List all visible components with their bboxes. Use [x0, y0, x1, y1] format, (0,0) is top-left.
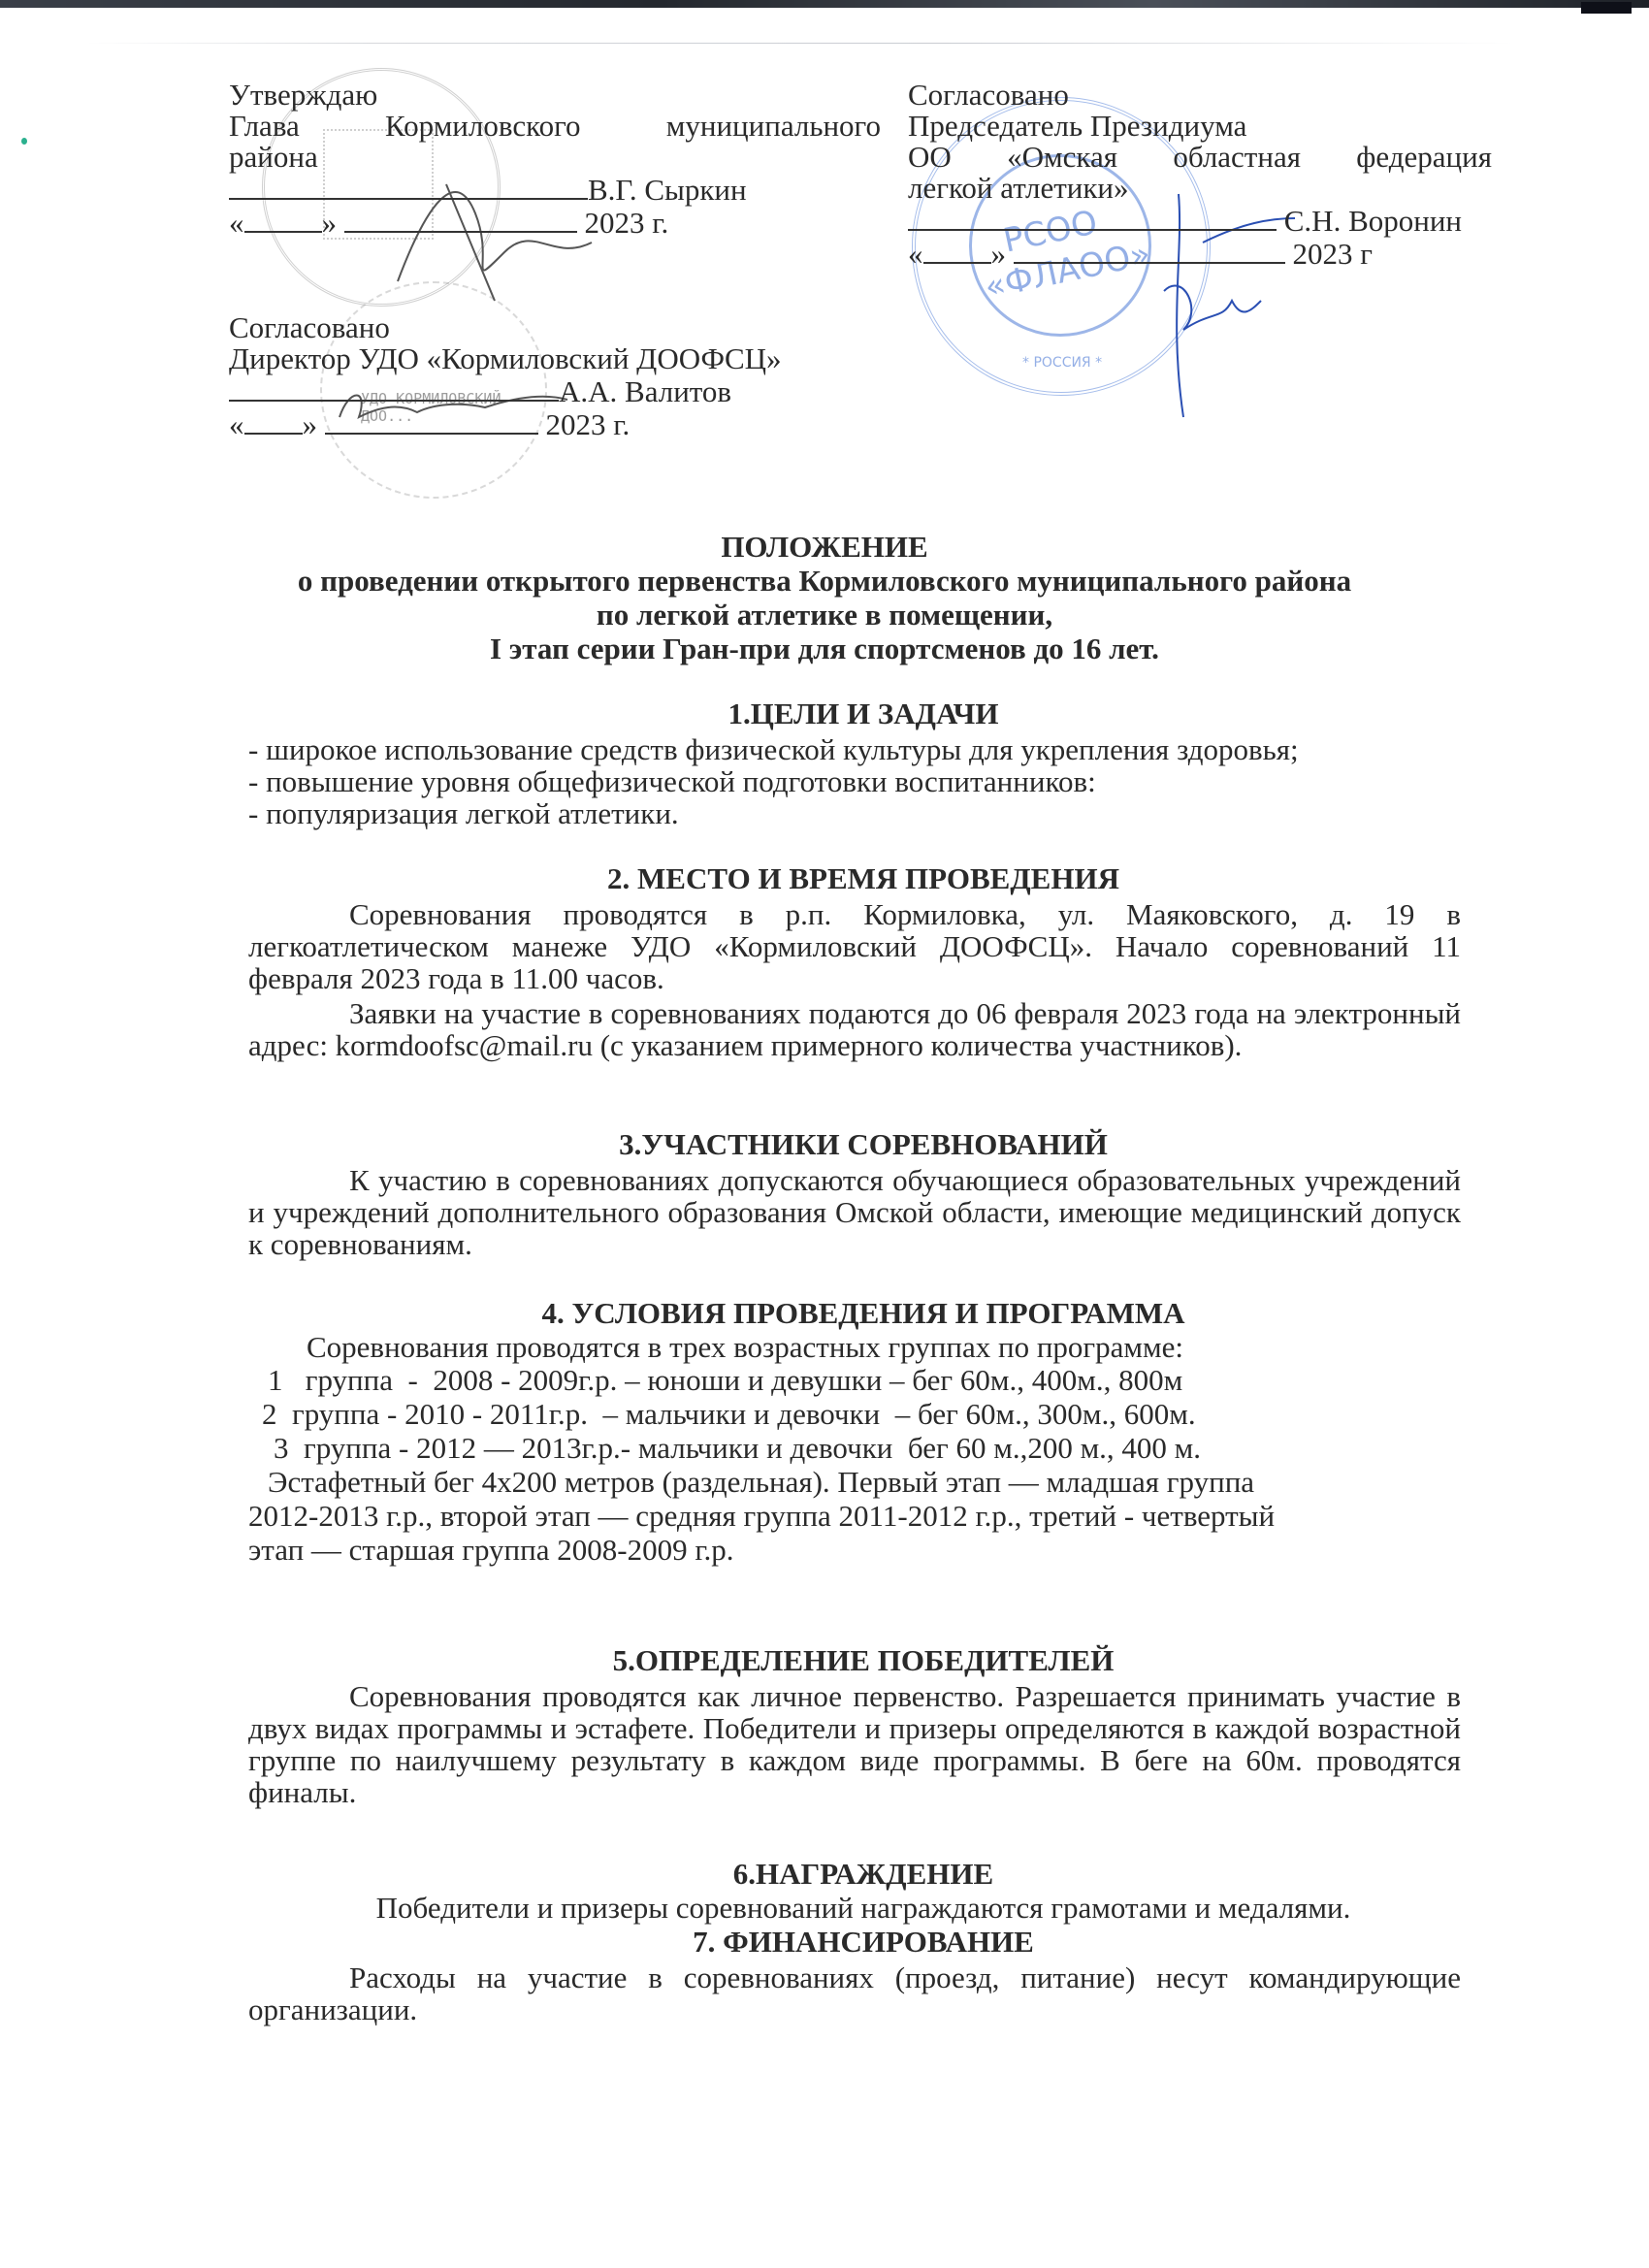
month-field: [325, 407, 538, 435]
day-field: [923, 237, 991, 264]
approval-year: 2023 г.: [585, 206, 669, 240]
goal-item: - популяризация легкой атлетики.: [248, 797, 1461, 829]
document-subtitle-3: I этап серии Гран-при для спортсменов до…: [194, 632, 1455, 665]
role-word: ОО: [908, 142, 952, 173]
federation-role-line3: легкой атлетики»: [908, 173, 1492, 204]
document-subtitle-2: по легкой атлетике в помещении,: [194, 599, 1455, 632]
quote-close: »: [991, 237, 1007, 271]
scan-artifact: [1581, 2, 1632, 14]
approval-block: Утверждаю Глава Кормиловского муниципаль…: [229, 80, 881, 239]
section-4-heading: 4. УСЛОВИЯ ПРОВЕДЕНИЯ И ПРОГРАММА: [233, 1296, 1494, 1331]
federation-year: 2023 г: [1293, 237, 1373, 271]
quote-open: «: [908, 237, 923, 271]
age-group-2: 2 группа - 2010 - 2011г.р. – мальчики и …: [262, 1398, 1474, 1430]
signature-field: [908, 204, 1277, 231]
role-word: «Омская: [1007, 142, 1117, 173]
quote-open: «: [229, 407, 244, 441]
document-title: ПОЛОЖЕНИЕ: [194, 531, 1455, 564]
role-word: Кормиловского: [385, 111, 581, 142]
agreement-label: Согласовано: [229, 312, 881, 343]
relay-line-1: Эстафетный бег 4х200 метров (раздельная)…: [268, 1466, 1480, 1498]
approve-label: Утверждаю: [229, 80, 881, 111]
month-field: [344, 206, 577, 233]
section-2-paragraph-2: Заявки на участие в соревнованиях подают…: [248, 997, 1461, 1061]
day-field: [244, 206, 322, 233]
age-group-3: 3 группа - 2012 — 2013г.р.- мальчики и д…: [274, 1432, 1486, 1464]
ink-dot: [21, 138, 27, 145]
section-7-paragraph: Расходы на участие в соревнованиях (прое…: [248, 1961, 1461, 2025]
goal-item: - повышение уровня общефизической подгот…: [248, 765, 1461, 797]
federation-role-line2: ОО «Омская областная федерация: [908, 142, 1492, 173]
section-5-heading: 5.ОПРЕДЕЛЕНИЕ ПОБЕДИТЕЛЕЙ: [233, 1643, 1494, 1678]
relay-line-2: 2012-2013 г.р., второй этап — средняя гр…: [248, 1500, 1461, 1532]
scan-line: [87, 43, 1513, 44]
signature-line: А.А. Валитов: [229, 374, 881, 407]
signature-field: [229, 173, 588, 200]
section-4-intro: Соревнования проводятся в трех возрастны…: [307, 1331, 1519, 1363]
approver-role-end: района: [229, 142, 881, 173]
scan-border-top: [0, 0, 1649, 8]
agreement-label: Согласовано: [908, 80, 1492, 111]
approver-name: В.Г. Сыркин: [588, 173, 747, 207]
document-subtitle-1: о проведении открытого первенства Кормил…: [194, 565, 1455, 598]
section-7-heading: 7. ФИНАНСИРОВАНИЕ: [233, 1925, 1494, 1960]
month-field: [1014, 237, 1285, 264]
section-2-heading: 2. МЕСТО И ВРЕМЯ ПРОВЕДЕНИЯ: [233, 861, 1494, 896]
federation-stamp-country: * РОССИЯ *: [1022, 355, 1102, 371]
section-2-paragraph-1: Соревнования проводятся в р.п. Кормиловк…: [248, 898, 1461, 994]
date-line: «» 2023 г: [908, 237, 1492, 270]
director-year: 2023 г.: [546, 407, 630, 441]
role-word: федерация: [1356, 142, 1492, 173]
role-word: областная: [1173, 142, 1301, 173]
date-line: «» 2023 г.: [229, 206, 881, 239]
section-6-heading: 6.НАГРАЖДЕНИЕ: [233, 1857, 1494, 1892]
relay-line-3: этап — старшая группа 2008-2009 г.р.: [248, 1534, 1461, 1566]
director-agreement-block: Согласовано Директор УДО «Кормиловский Д…: [229, 312, 881, 440]
age-group-1: 1 группа - 2008 - 2009г.р. – юноши и дев…: [268, 1364, 1480, 1396]
section-5-paragraph: Соревнования проводятся как личное перве…: [248, 1680, 1461, 1808]
federation-agreement-block: Согласовано Председатель Президиума ОО «…: [908, 80, 1492, 270]
goal-item: - широкое использование средств физическ…: [248, 733, 1461, 765]
section-3-paragraph: К участию в соревнованиях допускаются об…: [248, 1164, 1461, 1260]
federation-name: С.Н. Воронин: [1284, 204, 1462, 238]
section-1-list: - широкое использование средств физическ…: [248, 733, 1461, 829]
signature-line: В.Г. Сыркин: [229, 173, 881, 206]
section-3-heading: 3.УЧАСТНИКИ СОРЕВНОВАНИЙ: [233, 1127, 1494, 1162]
federation-role-line1: Председатель Президиума: [908, 111, 1492, 142]
role-word: муниципального: [666, 111, 881, 142]
signature-line: С.Н. Воронин: [908, 204, 1492, 237]
quote-open: «: [229, 206, 244, 240]
signature-field: [229, 374, 559, 402]
quote-close: »: [303, 407, 318, 441]
day-field: [244, 407, 303, 435]
quote-close: »: [322, 206, 338, 240]
date-line: «» 2023 г.: [229, 407, 881, 440]
approver-role-line: Глава Кормиловского муниципального: [229, 111, 881, 142]
director-name: А.А. Валитов: [559, 374, 731, 408]
section-6-paragraph: Победители и призеры соревнований награж…: [233, 1892, 1494, 1924]
role-word: Глава: [229, 111, 300, 142]
section-1-heading: 1.ЦЕЛИ И ЗАДАЧИ: [233, 697, 1494, 731]
director-role: Директор УДО «Кормиловский ДООФСЦ»: [229, 343, 881, 374]
